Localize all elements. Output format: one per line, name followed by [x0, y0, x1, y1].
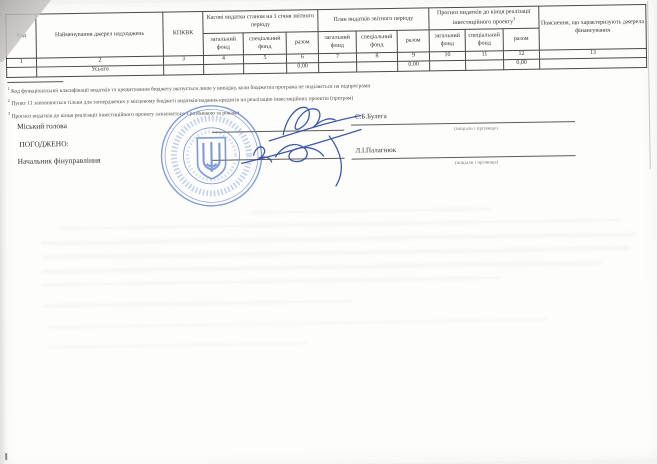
col-header-explanations: Пояснення, що характеризують джерела фін… [539, 4, 647, 50]
bleedthrough-artifact [47, 342, 307, 348]
footnote-1-marker: 1 [7, 86, 9, 91]
trident-icon [203, 142, 219, 172]
bleedthrough-artifact [41, 261, 601, 274]
total-plan-value: 0,00 [398, 60, 430, 71]
col-group-cash-expenditures: Касові видатки станом на 1 січня звітног… [203, 10, 318, 34]
empty-cell [466, 59, 504, 70]
empty-cell [244, 63, 287, 74]
col-group-forecast-expenditures: Прогноз видатків до кінця реалізації інв… [429, 6, 539, 30]
total-row-label: Усього [37, 65, 164, 77]
forecast-footnote-marker: 3 [513, 16, 515, 21]
total-cash-value: 0,00 [287, 62, 319, 73]
scan-edge-line [647, 1, 651, 169]
subcol-total: разом [286, 32, 318, 54]
empty-cell [430, 60, 466, 71]
bleedthrough-artifact [42, 276, 502, 286]
subcol-special-fund: спеціальний фонд [465, 29, 503, 52]
handwritten-signatures [227, 93, 389, 200]
bleedthrough-artifact [41, 246, 631, 259]
subcol-total: разом [397, 30, 429, 52]
scanned-document-page: Код Найменування джерел надходжень КПКВК… [0, 0, 657, 464]
empty-cell [204, 63, 244, 74]
col-header-kod: Код [6, 14, 37, 58]
mayor-name-caption: (ініціали і прізвище) [391, 124, 561, 132]
subcol-general-fund: загальний фонд [429, 29, 465, 52]
empty-cell [540, 57, 647, 69]
col-header-name: Найменування джерел надходжень [36, 12, 164, 58]
subcol-total: разом [503, 28, 539, 51]
subcol-general-fund: загальний фонд [318, 31, 356, 54]
col-group-plan-expenditures: План видатків звітного періоду [318, 8, 429, 32]
bleedthrough-artifact [47, 319, 547, 329]
empty-cell [164, 64, 204, 75]
forecast-header-text: Прогноз видатків до кінця реалізації інв… [437, 8, 531, 26]
subcol-special-fund: спеціальний фонд [243, 32, 286, 55]
empty-cell [357, 61, 398, 72]
agreed-label: ПОГОДЖЕНО: [19, 139, 68, 149]
footnote-2-marker: 2 [8, 98, 10, 103]
scan-left-shadow [0, 0, 7, 464]
mayor-role-label: Міський голова [17, 121, 67, 131]
fin-role-label: Начальник фінуправління [18, 156, 101, 166]
total-forecast-value: 0,00 [504, 59, 540, 70]
empty-cell [7, 67, 37, 77]
empty-cell [319, 62, 357, 73]
bleedthrough-artifact [42, 300, 352, 308]
fin-name-caption: (ініціали і прізвище) [392, 158, 562, 166]
bleedthrough-artifact [61, 218, 621, 230]
funding-sources-table: Код Найменування джерел надходжень КПКВК… [5, 4, 647, 78]
footnote-3-marker: 3 [8, 111, 10, 116]
col-header-kpkvk: КПКВК [163, 11, 204, 56]
footnote-separator-rule [7, 81, 63, 83]
subcol-general-fund: загальний фонд [203, 33, 243, 56]
subcol-special-fund: спеціальний фонд [356, 30, 397, 53]
bleedthrough-artifact [250, 207, 490, 214]
bleedthrough-artifact [41, 232, 636, 245]
